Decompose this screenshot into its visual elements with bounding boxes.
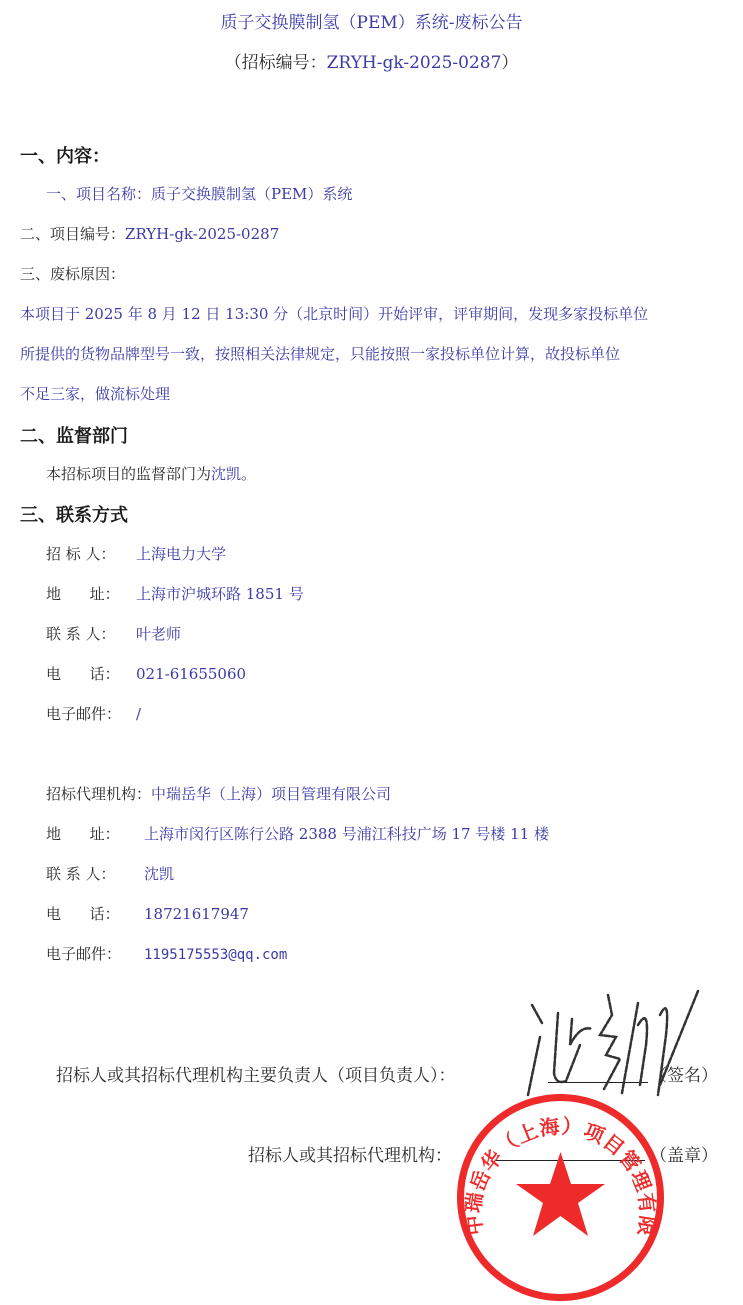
signature-line-label: 招标人或其招标代理机构主要负责人（项目负责人）： — [56, 1061, 456, 1086]
agency-name-label: 招标代理机构： — [46, 785, 151, 803]
agency-address-label: 地 址： — [46, 823, 144, 844]
reason-line-2: 所提供的货物品牌型号一致，按照相关法律规定，只能按照一家投标单位计算，故投标单位 — [20, 343, 620, 364]
agency-contact-value: 沈凯 — [144, 865, 174, 883]
project-name-value: 质子交换膜制氢（PEM）系统 — [151, 185, 352, 203]
project-name-row: 一、项目名称：质子交换膜制氢（PEM）系统 — [46, 183, 352, 204]
project-number-row: 二、项目编号：ZRYH-gk-2025-0287 — [20, 223, 279, 244]
agency-contact-label: 联 系 人： — [46, 863, 144, 884]
document-title: 质子交换膜制氢（PEM）系统-废标公告 — [0, 8, 743, 33]
project-name-label: 一、项目名称： — [46, 185, 151, 203]
agency-name-value: 中瑞岳华（上海）项目管理有限公司 — [151, 785, 391, 803]
agency-email-value: 1195175553@qq.com — [144, 947, 287, 963]
star-icon — [516, 1152, 605, 1236]
agency-phone-row: 电 话：18721617947 — [46, 903, 249, 924]
tenderer-name-row: 招 标 人：上海电力大学 — [46, 543, 226, 564]
agency-address-row: 地 址：上海市闵行区陈行公路 2388 号浦江科技广场 17 号楼 11 楼 — [46, 823, 549, 844]
reason-line-3: 不足三家，做流标处理 — [20, 383, 170, 404]
agency-email-row: 电子邮件：1195175553@qq.com — [46, 943, 287, 964]
project-number-value: ZRYH-gk-2025-0287 — [125, 225, 279, 243]
reason-label: 三、废标原因： — [20, 263, 125, 284]
supervision-prefix: 本招标项目的监督部门为 — [46, 465, 211, 483]
project-number-label: 二、项目编号： — [20, 225, 125, 243]
agency-name-row: 招标代理机构：中瑞岳华（上海）项目管理有限公司 — [46, 783, 391, 804]
stamp-line-label: 招标人或其招标代理机构： — [248, 1141, 452, 1166]
tenderer-address-row: 地 址：上海市沪城环路 1851 号 — [46, 583, 304, 604]
subtitle-suffix: ） — [501, 53, 518, 73]
agency-contact-row: 联 系 人：沈凯 — [46, 863, 174, 884]
tenderer-contact-row: 联 系 人：叶老师 — [46, 623, 181, 644]
supervision-suffix: 。 — [241, 465, 256, 483]
agency-phone-value: 18721617947 — [144, 905, 249, 923]
tenderer-phone-label: 电 话： — [46, 663, 136, 684]
tenderer-email-label: 电子邮件： — [46, 703, 136, 724]
section-heading-supervision: 二、监督部门 — [20, 422, 128, 448]
agency-phone-label: 电 话： — [46, 903, 144, 924]
company-seal-stamp: 中瑞岳华（上海）项目管理有限公司 — [453, 1090, 668, 1305]
handwritten-signature — [520, 985, 710, 1100]
tenderer-address-value: 上海市沪城环路 1851 号 — [136, 585, 304, 603]
subtitle-prefix: （招标编号： — [225, 53, 327, 73]
tenderer-email-row: 电子邮件：/ — [46, 703, 141, 724]
agency-email-label: 电子邮件： — [46, 943, 144, 964]
tenderer-contact-value: 叶老师 — [136, 625, 181, 643]
tenderer-contact-label: 联 系 人： — [46, 623, 136, 644]
tenderer-phone-row: 电 话：021-61655060 — [46, 663, 246, 684]
tender-code: ZRYH-gk-2025-0287 — [327, 53, 502, 73]
tenderer-name-value: 上海电力大学 — [136, 545, 226, 563]
section-heading-content: 一、内容： — [20, 142, 110, 168]
tenderer-email-value: / — [136, 705, 141, 723]
tenderer-name-label: 招 标 人： — [46, 543, 136, 564]
reason-line-1: 本项目于 2025 年 8 月 12 日 13:30 分（北京时间）开始评审，评… — [20, 303, 648, 324]
section-heading-contact: 三、联系方式 — [20, 501, 128, 527]
supervision-text: 本招标项目的监督部门为沈凯。 — [46, 463, 256, 484]
agency-address-value: 上海市闵行区陈行公路 2388 号浦江科技广场 17 号楼 11 楼 — [144, 825, 549, 843]
document-subtitle: （招标编号：ZRYH-gk-2025-0287） — [0, 48, 743, 73]
supervisor-name: 沈凯 — [211, 465, 241, 483]
tenderer-address-label: 地 址： — [46, 583, 136, 604]
tenderer-phone-value: 021-61655060 — [136, 665, 246, 683]
